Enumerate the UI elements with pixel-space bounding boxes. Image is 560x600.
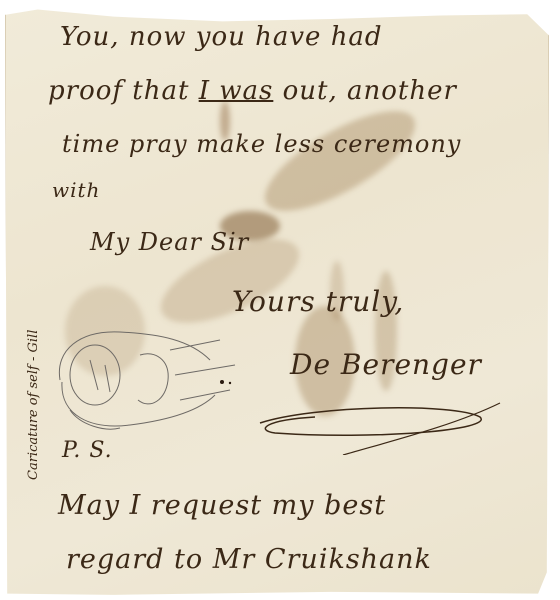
letter-line-2a: proof that xyxy=(48,76,189,106)
water-stain xyxy=(251,93,428,230)
underlined-phrase: I was xyxy=(199,76,274,106)
postscript-line-1: May I request my best xyxy=(58,490,386,521)
margin-annotation: Caricature of self - Gill xyxy=(26,330,41,480)
letter-line-4: with xyxy=(52,178,100,202)
closing: Yours truly, xyxy=(232,285,404,318)
signature-flourish xyxy=(255,395,535,455)
letter-line-2b: out, another xyxy=(283,76,457,106)
postscript-line-2: regard to Mr Cruikshank xyxy=(66,544,432,575)
salutation: My Dear Sir xyxy=(90,228,249,256)
letter-line-1: You, now you have had xyxy=(60,22,383,52)
letter-line-3: time pray make less ceremony xyxy=(62,130,461,158)
postscript-label: P. S. xyxy=(62,438,113,463)
signature: De Berenger xyxy=(290,348,482,381)
pencil-caricature-face xyxy=(50,320,250,440)
letter-line-2: proof that I was out, another xyxy=(48,76,457,106)
